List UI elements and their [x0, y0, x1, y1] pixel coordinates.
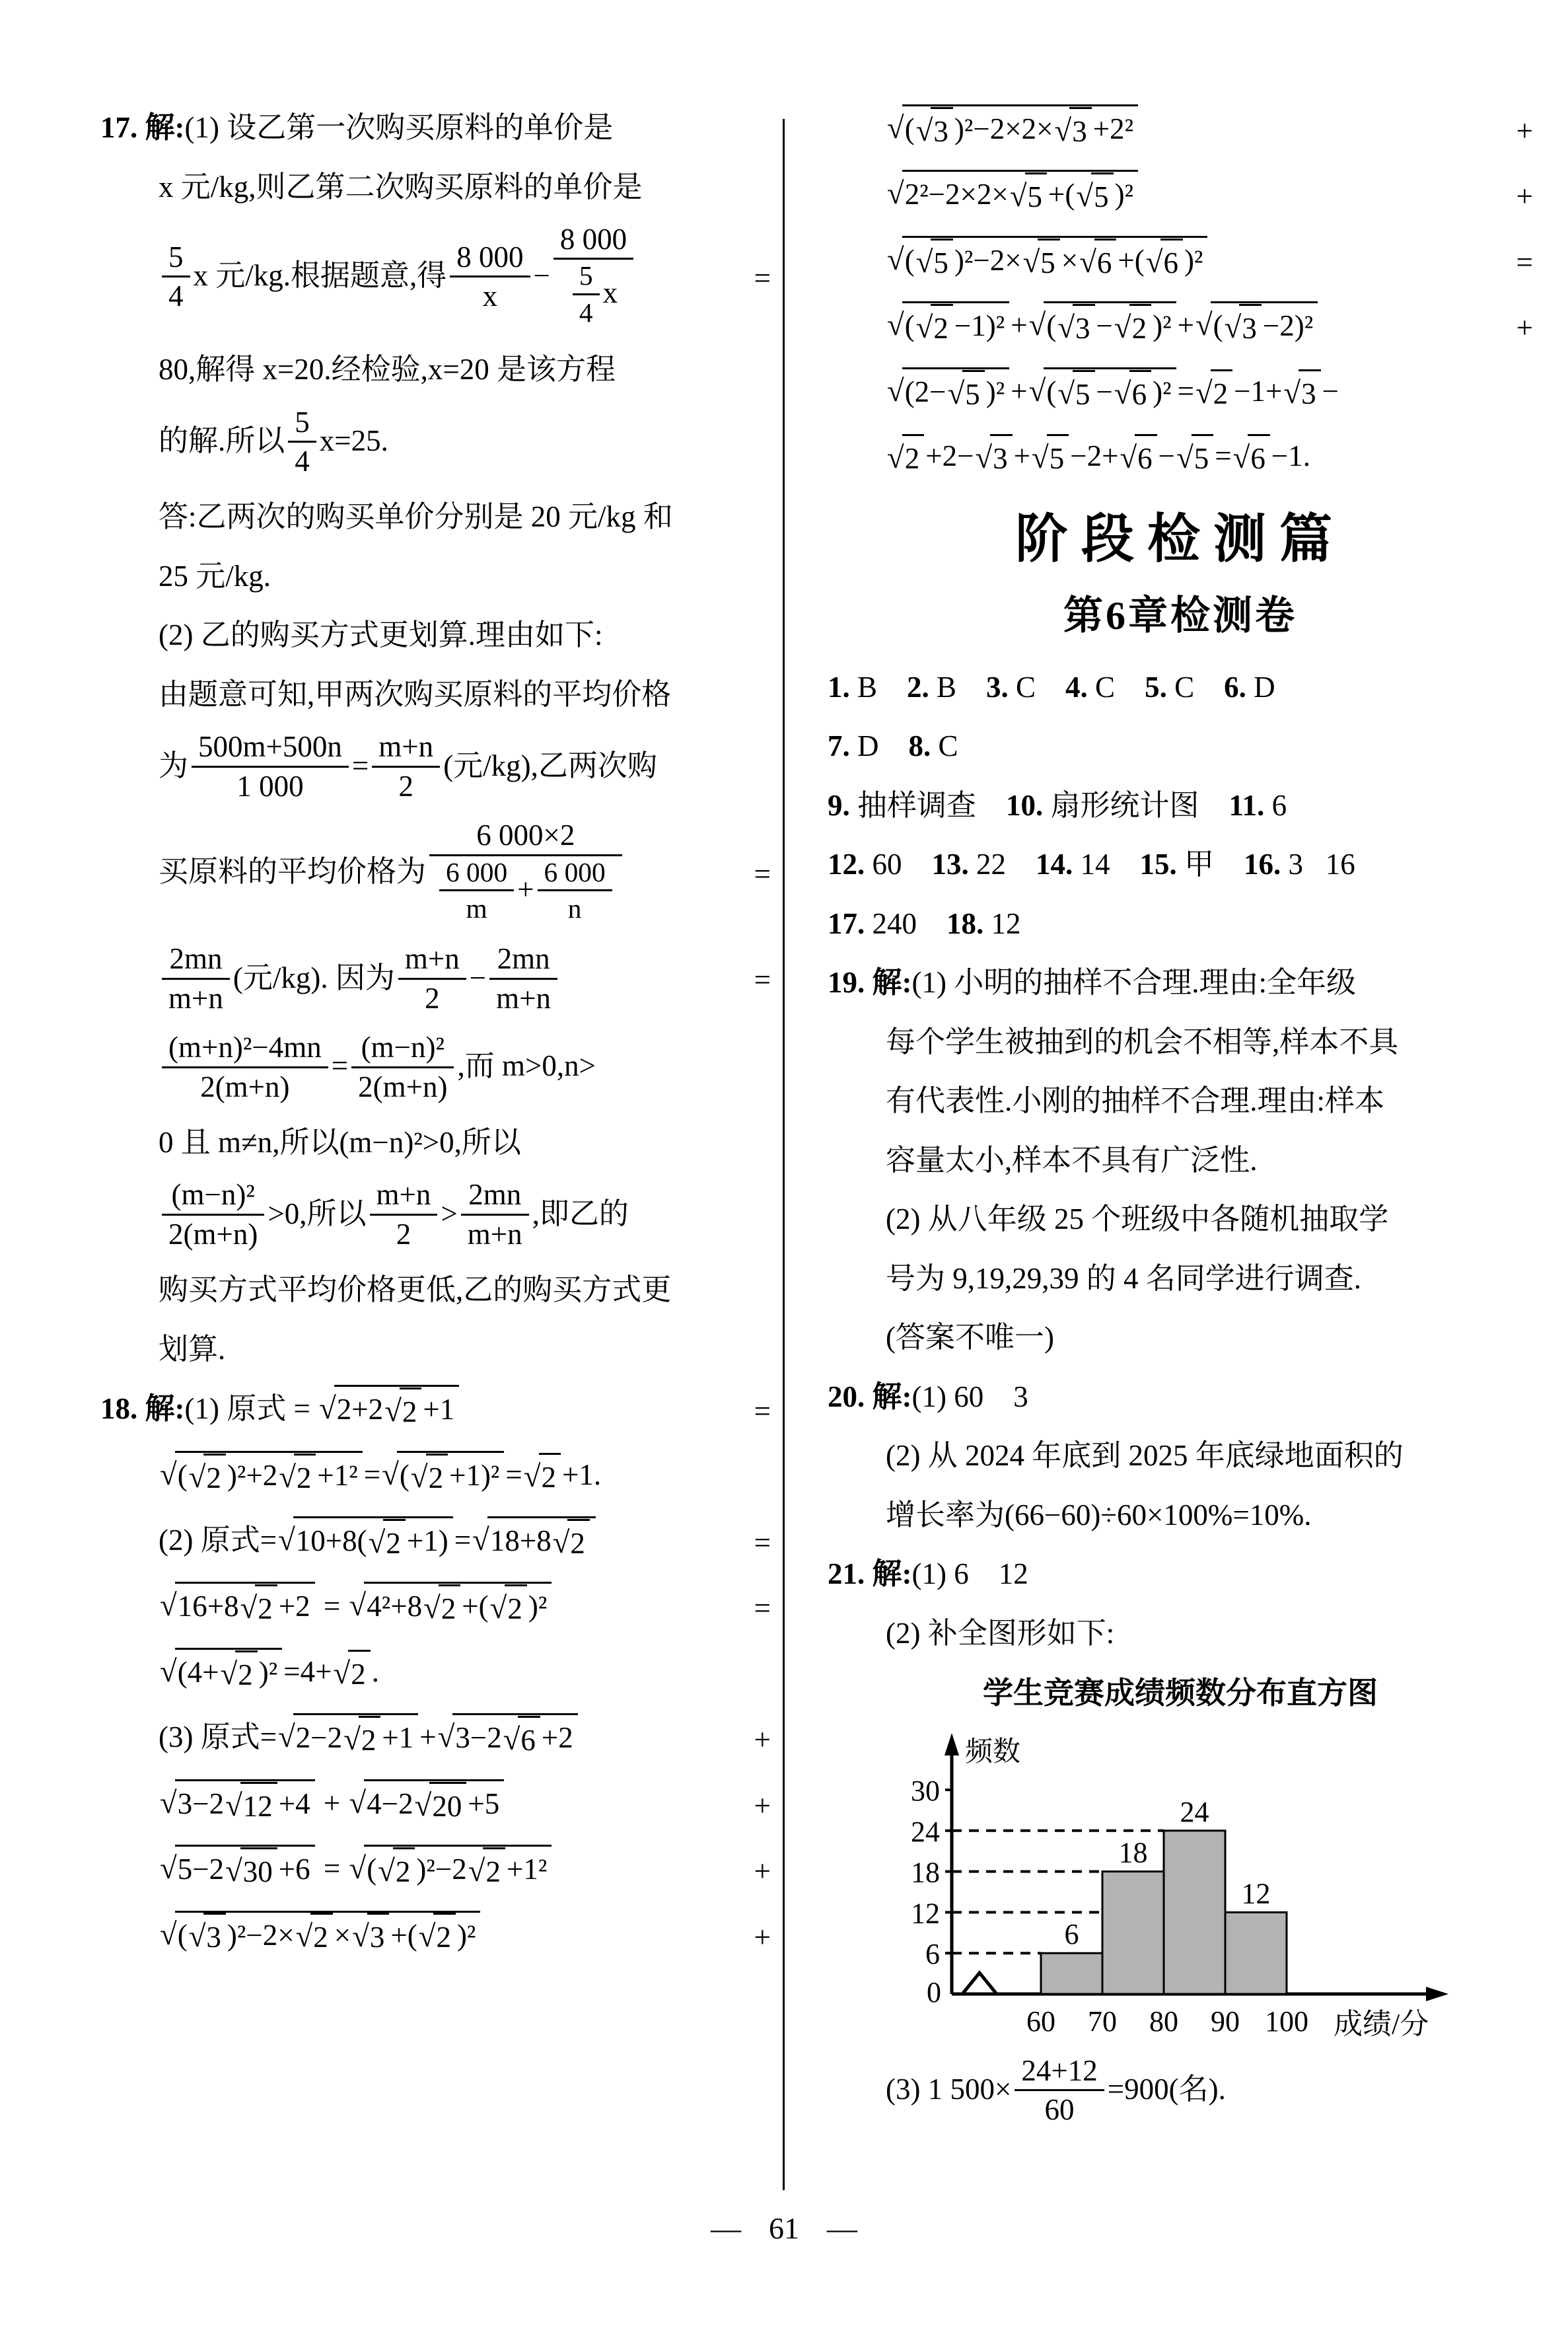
text-run: 14: [1073, 848, 1139, 881]
radical-expression: √3−2√12+4: [160, 1779, 315, 1830]
line-content: √3−2√12+4 + √4−2√20+5: [159, 1781, 505, 1831]
text-run: (3) 原式=√2−2√2+1+√3−2√6+2: [159, 1720, 579, 1753]
radical-sign-icon: √: [1233, 435, 1250, 481]
text-run: 2mnm+n(元/kg). 因为m+n2−2mnm+n: [159, 961, 561, 994]
text-line: (2) 原式=√10+8(√2+1)=√18+8√2=: [159, 1518, 771, 1568]
radical-expression: √3: [189, 1913, 226, 1960]
chart-text: 30: [911, 1775, 940, 1807]
radical-expression: √(√5−√6)²: [1029, 367, 1176, 418]
radical-expression: √3: [1225, 304, 1262, 351]
text-line: 2mnm+n(元/kg). 因为m+n2−2mnm+n=: [159, 943, 771, 1017]
line-content: 25 元/kg.: [159, 560, 271, 593]
text-run: (1) 小明的抽样不合理.理由:全年级: [912, 966, 1356, 999]
line-content: √2²−2×2×√5+(√5)²: [886, 171, 1139, 222]
text-run: (2) 补全图形如下:: [886, 1617, 1114, 1650]
fraction: (m−n)²2(m+n): [162, 1177, 264, 1251]
radical-sign-icon: √: [415, 1783, 432, 1829]
page-footer: — 61 —: [0, 2205, 1568, 2251]
radical-expression: √(√2+1)²: [382, 1451, 504, 1502]
line-end-operator: =: [754, 958, 771, 1003]
text-line: 18. 解:(1) 原式 = √2+2√2+1=: [100, 1386, 771, 1437]
line-content: 0 且 m≠n,所以(m−n)²>0,所以: [159, 1126, 521, 1159]
fraction: 54: [162, 240, 190, 314]
radical-expression: √(√2)²−2√2+1²: [349, 1845, 552, 1896]
text-run: √(√5)²−2×√5×√6+(√6)²: [886, 243, 1209, 276]
line-content: (2) 补全图形如下:: [886, 1617, 1114, 1650]
text-line: 买原料的平均价格为6 000×26 000m+6 000n=: [159, 820, 771, 929]
line-content: 80,解得 x=20.经检验,x=20 是该方程: [159, 353, 616, 386]
chart-text: 频数: [965, 1737, 1020, 1767]
radical-expression: √5: [1176, 434, 1213, 482]
line-content: 每个学生被抽到的机会不相等,样本不具: [886, 1025, 1398, 1058]
radical-sign-icon: √: [1032, 435, 1049, 481]
right-column: √(√3)²−2×2×√3+2²+√2²−2×2×√5+(√5)²+√(√5)²…: [828, 106, 1533, 2144]
chart-text: 60: [1026, 2005, 1055, 2038]
text-run: √2+2−√3+√5−2+√6−√5=√6−1.: [886, 439, 1310, 472]
text-line: 25 元/kg.: [159, 554, 771, 599]
text-run: 0 且 m≠n,所以(m−n)²>0,所以: [159, 1126, 521, 1159]
radical-expression: √(√3)²−2×√2×√3+(√2)²: [160, 1911, 480, 1962]
radical-sign-icon: √: [887, 105, 904, 151]
radical-expression: √12: [225, 1782, 277, 1829]
radical-sign-icon: √: [503, 1716, 520, 1763]
bold-label: 16.: [1244, 848, 1281, 881]
line-content: 2mnm+n(元/kg). 因为m+n2−2mnm+n: [159, 943, 561, 1017]
chart-text: 24: [911, 1816, 940, 1848]
line-content: 划算.: [159, 1333, 225, 1366]
radical-expression: √5−2√30+6: [160, 1845, 315, 1896]
line-content: 的解.所以54x=25.: [159, 424, 388, 457]
line-end-operator: =: [1516, 240, 1533, 285]
fraction: m+n2: [398, 941, 466, 1015]
chart-text: 90: [1211, 2005, 1240, 2038]
radical-sign-icon: √: [472, 1517, 489, 1563]
page-number: 61: [769, 2205, 799, 2251]
text-line: √3−2√12+4 + √4−2√20+5+: [159, 1781, 771, 1831]
radical-sign-icon: √: [369, 1520, 386, 1566]
radical-expression: √(2−√5)²: [887, 367, 1009, 418]
radical-sign-icon: √: [334, 1650, 351, 1697]
radical-sign-icon: √: [160, 1582, 177, 1629]
line-content: √(√3)²−2×√2×√3+(√2)²: [159, 1912, 481, 1963]
line-content: √(√2)²+2√2+1²=√(√2+1)²=√2+1.: [159, 1458, 601, 1491]
text-line: √5−2√30+6 = √(√2)²−2√2+1²+: [159, 1846, 771, 1897]
radical-expression: √2: [1114, 304, 1151, 351]
radical-expression: √(√3−2)²: [1195, 301, 1318, 352]
radical-expression: √5: [1023, 239, 1060, 286]
text-run: 划算.: [159, 1333, 225, 1366]
line-content: √(√5)²−2×√5×√6+(√6)²: [886, 237, 1209, 288]
radical-expression: √5: [1057, 370, 1094, 418]
line-content: 答:乙两次的购买单价分别是 20 元/kg 和: [159, 500, 673, 533]
text-line: 容量太小,样本不具有广泛性.: [886, 1138, 1533, 1183]
text-run: x 元/kg,则乙第二次购买原料的单价是: [159, 170, 643, 203]
text-run: 买原料的平均价格为6 000×26 000m+6 000n: [159, 855, 625, 888]
bold-label: 9.: [828, 789, 850, 822]
radical-sign-icon: √: [1023, 239, 1040, 285]
fraction: 2mnm+n: [461, 1177, 529, 1251]
bold-label: 18. 解:: [100, 1392, 185, 1425]
bar-90-100: [1225, 1912, 1287, 1994]
radical-sign-icon: √: [916, 239, 933, 285]
text-run: (2) 乙的购买方式更划算.理由如下:: [159, 618, 602, 651]
radical-sign-icon: √: [189, 1913, 206, 1960]
line-content: (m−n)²2(m+n)>0,所以m+n2>2mnm+n,即乙的: [159, 1197, 629, 1230]
text-line: 1. B 2. B 3. C 4. C 5. C 6. D: [828, 665, 1533, 710]
line-content: √5−2√30+6 = √(√2)²−2√2+1²: [159, 1846, 553, 1897]
radical-expression: √(√2−1)²: [887, 301, 1009, 352]
text-line: √(√3)²−2×2×√3+2²+: [886, 106, 1533, 157]
fraction: 8 000x: [450, 240, 530, 314]
text-run: 6: [1264, 789, 1287, 822]
x-axis-arrow-icon: [1426, 1987, 1448, 2001]
line-content: 购买方式平均价格更低,乙的购买方式更: [159, 1273, 671, 1306]
text-run: (1) 原式 = √2+2√2+1: [185, 1392, 461, 1425]
text-line: 17. 240 18. 12: [828, 902, 1533, 947]
text-run: D: [850, 729, 909, 762]
text-line: √(4+√2)²=4+√2.: [159, 1649, 771, 1700]
text-line: (2) 乙的购买方式更划算.理由如下:: [159, 613, 771, 658]
line-content: √16+8√2+2 = √4²+8√2+(√2)²: [159, 1583, 553, 1634]
line-content: (2) 乙的购买方式更划算.理由如下:: [159, 618, 602, 651]
histogram-figure: 频数3024181260618241260708090100成绩/分: [828, 1720, 1533, 2050]
fraction: 2mnm+n: [489, 941, 557, 1015]
radical-sign-icon: √: [343, 1716, 361, 1763]
radical-sign-icon: √: [384, 1388, 402, 1434]
radical-sign-icon: √: [278, 1714, 295, 1760]
line-content: 21. 解:(1) 6 12: [828, 1557, 1028, 1590]
radical-expression: √6: [1079, 239, 1116, 286]
radical-sign-icon: √: [160, 1452, 177, 1498]
line-end-operator: +: [754, 1915, 771, 1960]
text-line: 17. 解:(1) 设乙第一次购买原料的单价是: [100, 106, 771, 151]
chart-text: 6: [925, 1938, 940, 1970]
radical-expression: √16+8√2+2: [160, 1582, 315, 1633]
bold-label: 10.: [1006, 789, 1043, 822]
line-content: √(2−√5)²+√(√5−√6)²=√2−1+√3−: [886, 375, 1339, 408]
bold-label: 5.: [1145, 671, 1167, 704]
radical-sign-icon: √: [916, 108, 933, 154]
bold-label: 14.: [1036, 848, 1073, 881]
chart-text: 18: [911, 1857, 940, 1889]
radical-sign-icon: √: [438, 1714, 455, 1760]
bold-label: 19. 解:: [828, 966, 912, 999]
text-line: (2) 从 2024 年底到 2025 年底绿地面积的: [886, 1434, 1533, 1479]
radical-expression: √2: [553, 1519, 590, 1567]
radical-expression: √2: [221, 1650, 258, 1698]
text-run: 甲: [1177, 848, 1244, 881]
bold-label: 2.: [907, 671, 929, 704]
radical-expression: √6: [503, 1716, 540, 1763]
radical-sign-icon: √: [1146, 239, 1163, 285]
line-content: √(4+√2)²=4+√2.: [159, 1655, 379, 1688]
radical-expression: √2+2√2+1: [319, 1385, 459, 1436]
line-content: 1. B 2. B 3. C 4. C 5. C 6. D: [828, 671, 1275, 704]
line-content: 12. 60 13. 22 14. 14 15. 甲 16. 3 16: [828, 848, 1355, 881]
radical-expression: √2: [411, 1454, 448, 1501]
line-content: 容量太小,样本不具有广泛性.: [886, 1144, 1258, 1177]
line-content: 9. 抽样调查 10. 扇形统计图 11. 6: [828, 789, 1287, 822]
line-content: (3) 原式=√2−2√2+1+√3−2√6+2: [159, 1715, 579, 1765]
line-content: 17. 240 18. 12: [828, 907, 1021, 940]
fraction: m+n2: [372, 729, 440, 803]
radical-expression: √2²−2×2×√5+(√5)²: [887, 170, 1138, 221]
line-content: 买原料的平均价格为6 000×26 000m+6 000n: [159, 820, 625, 929]
fraction: 24+1260: [1015, 2053, 1104, 2127]
radical-expression: √5: [916, 239, 953, 286]
text-run: C: [1167, 671, 1224, 704]
radical-expression: √3−2√6+2: [438, 1713, 578, 1764]
line-content: 18. 解:(1) 原式 = √2+2√2+1: [100, 1386, 460, 1437]
text-run: 抽样调查: [850, 789, 1006, 822]
text-line: x 元/kg,则乙第二次购买原料的单价是: [159, 165, 771, 210]
line-content: 7. D 8. C: [828, 729, 958, 762]
radical-sign-icon: √: [1010, 173, 1027, 219]
text-run: D: [1246, 671, 1275, 704]
text-line: 购买方式平均价格更低,乙的购买方式更: [159, 1268, 771, 1313]
radical-sign-icon: √: [160, 1648, 177, 1695]
radical-sign-icon: √: [468, 1848, 485, 1894]
line-content: 20. 解:(1) 60 3: [828, 1380, 1028, 1413]
radical-sign-icon: √: [278, 1517, 295, 1563]
text-run: √(2−√5)²+√(√5−√6)²=√2−1+√3−: [886, 375, 1339, 408]
line-content: (2) 原式=√10+8(√2+1)=√18+8√2: [159, 1518, 597, 1568]
line-content: √(√2−1)²+√(√3−√2)²+√(√3−2)²: [886, 303, 1319, 353]
chart-text: 12: [911, 1897, 940, 1929]
radical-expression: √5: [948, 370, 985, 418]
line-end-operator: +: [754, 1784, 771, 1829]
bold-label: 12.: [828, 848, 865, 881]
text-line: (2) 补全图形如下:: [886, 1611, 1533, 1656]
text-run: √(√2−1)²+√(√3−√2)²+√(√3−2)²: [886, 309, 1319, 342]
text-line: 划算.: [159, 1327, 771, 1372]
histogram-chart: 频数3024181260618241260708090100成绩/分: [906, 1720, 1487, 2050]
radical-sign-icon: √: [887, 302, 904, 348]
radical-expression: √(√3)²−2×2×√3+2²: [887, 104, 1138, 155]
line-content: (2) 从 2024 年底到 2025 年底绿地面积的: [886, 1439, 1404, 1472]
radical-expression: √2: [189, 1454, 226, 1501]
text-line: √2²−2×2×√5+(√5)²+: [886, 171, 1533, 222]
line-end-operator: =: [754, 852, 771, 897]
text-run: C: [931, 729, 958, 762]
text-run: 54x 元/kg.根据题意,得8 000x−8 00054x: [159, 259, 637, 292]
text-run: √2²−2×2×√5+(√5)²: [886, 177, 1139, 210]
line-end-operator: =: [754, 1521, 771, 1566]
radical-expression: √2: [343, 1716, 380, 1763]
radical-sign-icon: √: [225, 1848, 242, 1894]
column-divider-rule: [783, 119, 785, 2190]
radical-expression: √6: [1233, 434, 1270, 482]
bold-label: 1.: [828, 671, 850, 704]
radical-sign-icon: √: [916, 305, 933, 351]
text-line: (3) 原式=√2−2√2+1+√3−2√6+2+: [159, 1715, 771, 1765]
radical-sign-icon: √: [423, 1585, 441, 1631]
line-content: (3) 1 500×24+1260=900(名).: [886, 2073, 1226, 2106]
bold-label: 21. 解:: [828, 1557, 912, 1590]
text-run: 由题意可知,甲两次购买原料的平均价格: [159, 678, 671, 711]
text-line: √16+8√2+2 = √4²+8√2+(√2)²=: [159, 1583, 771, 1634]
radical-expression: √(4+√2)²: [160, 1648, 282, 1699]
chart-text: 0: [927, 1976, 941, 2009]
text-run: √16+8√2+2 = √4²+8√2+(√2)²: [159, 1590, 553, 1623]
radical-sign-icon: √: [1079, 239, 1096, 285]
line-content: (答案不唯一): [886, 1321, 1054, 1354]
radical-expression: √5: [1032, 434, 1069, 482]
left-column: 17. 解:(1) 设乙第一次购买原料的单价是x 元/kg,则乙第二次购买原料的…: [100, 106, 771, 1977]
chart-text: 100: [1265, 2005, 1308, 2038]
radical-expression: √2: [419, 1913, 456, 1960]
line-content: x 元/kg,则乙第二次购买原料的单价是: [159, 170, 643, 203]
radical-expression: √3: [1283, 369, 1320, 417]
text-line: 7. D 8. C: [828, 724, 1533, 769]
radical-sign-icon: √: [1055, 108, 1072, 154]
radical-sign-icon: √: [1114, 371, 1131, 417]
text-line: √2+2−√3+√5−2+√6−√5=√6−1.: [886, 434, 1533, 482]
section-header: 阶段检测篇: [828, 500, 1533, 579]
radical-sign-icon: √: [378, 1848, 395, 1894]
chart-text: 6: [1065, 1918, 1079, 1950]
fraction: 54: [288, 405, 316, 479]
line-end-operator: +: [1516, 306, 1533, 351]
fraction: (m−n)²2(m+n): [351, 1030, 454, 1104]
radical-sign-icon: √: [349, 1780, 367, 1826]
text-line: 号为 9,19,29,39 的 4 名同学进行调查.: [886, 1257, 1533, 1302]
radical-expression: √2: [490, 1584, 527, 1632]
radical-sign-icon: √: [1114, 305, 1131, 351]
text-run: 有代表性.小刚的抽样不合理.理由:样本: [886, 1084, 1384, 1117]
footer-right-dash: —: [827, 2205, 857, 2251]
axis-break-icon: [962, 1973, 997, 1994]
chart-text: 12: [1242, 1877, 1271, 1909]
line-content: 由题意可知,甲两次购买原料的平均价格: [159, 678, 671, 711]
line-end-operator: +: [754, 1849, 771, 1894]
radical-sign-icon: √: [349, 1582, 367, 1629]
text-run: 扇形统计图: [1043, 789, 1229, 822]
radical-sign-icon: √: [1283, 370, 1301, 416]
radical-sign-icon: √: [352, 1913, 369, 1960]
radical-sign-icon: √: [160, 1780, 177, 1826]
radical-sign-icon: √: [240, 1585, 258, 1631]
text-line: 答:乙两次的购买单价分别是 20 元/kg 和: [159, 495, 771, 540]
radical-sign-icon: √: [1120, 435, 1137, 481]
radical-sign-icon: √: [553, 1520, 570, 1566]
line-end-operator: =: [754, 1586, 771, 1631]
text-run: 240: [865, 907, 946, 940]
radical-expression: √6: [1114, 370, 1151, 418]
text-run: 容量太小,样本不具有广泛性.: [886, 1144, 1258, 1177]
fraction: m+n2: [370, 1177, 438, 1251]
line-content: 19. 解:(1) 小明的抽样不合理.理由:全年级: [828, 966, 1356, 999]
text-line: (m+n)²−4mn2(m+n)=(m−n)²2(m+n),而 m>0,n>: [159, 1032, 771, 1106]
text-line: 由题意可知,甲两次购买原料的平均价格: [159, 673, 771, 718]
radical-sign-icon: √: [948, 371, 965, 417]
radical-sign-icon: √: [1057, 305, 1075, 351]
radical-expression: √2−2√2+1: [278, 1713, 418, 1764]
text-line: 19. 解:(1) 小明的抽样不合理.理由:全年级: [828, 961, 1533, 1006]
bold-label: 4.: [1065, 671, 1088, 704]
radical-sign-icon: √: [1076, 173, 1093, 219]
radical-sign-icon: √: [887, 237, 904, 283]
text-line: √(√3)²−2×√2×√3+(√2)²+: [159, 1912, 771, 1963]
radical-expression: √4²+8√2+(√2)²: [349, 1582, 552, 1633]
line-content: (m+n)²−4mn2(m+n)=(m−n)²2(m+n),而 m>0,n>: [159, 1049, 596, 1082]
radical-expression: √2: [524, 1453, 561, 1500]
radical-expression: √(√3−√2)²: [1029, 301, 1176, 352]
chart-text: 70: [1088, 2005, 1117, 2038]
text-line: (3) 1 500×24+1260=900(名).: [886, 2055, 1533, 2129]
footer-left-dash: —: [711, 2205, 741, 2251]
radical-expression: √4−2√20+5: [349, 1779, 505, 1830]
fraction: 6 000m: [439, 856, 514, 925]
line-content: 增长率为(66−60)÷60×100%=10%.: [886, 1498, 1312, 1532]
radical-expression: √6: [1146, 239, 1183, 286]
chapter-header: 第6章检测卷: [828, 586, 1533, 646]
text-run: 购买方式平均价格更低,乙的购买方式更: [159, 1273, 671, 1306]
text-run: 25 元/kg.: [159, 560, 271, 593]
radical-sign-icon: √: [411, 1454, 428, 1500]
text-line: √(√2)²+2√2+1²=√(√2+1)²=√2+1.: [159, 1452, 771, 1503]
radical-sign-icon: √: [524, 1454, 541, 1500]
radical-sign-icon: √: [887, 435, 904, 481]
radical-expression: √3: [1057, 304, 1094, 351]
bold-label: 7.: [828, 729, 850, 762]
bold-label: 11.: [1229, 789, 1265, 822]
text-run: √5−2√30+6 = √(√2)²−2√2+1²: [159, 1852, 553, 1885]
text-run: (答案不唯一): [886, 1321, 1054, 1354]
bold-label: 20. 解:: [828, 1380, 912, 1413]
text-run: (m+n)²−4mn2(m+n)=(m−n)²2(m+n),而 m>0,n>: [159, 1049, 596, 1082]
radical-sign-icon: √: [1195, 302, 1213, 348]
line-end-operator: +: [1516, 174, 1533, 219]
text-line: (m−n)²2(m+n)>0,所以m+n2>2mnm+n,即乙的: [159, 1179, 771, 1253]
line-content: 54x 元/kg.根据题意,得8 000x−8 00054x: [159, 224, 637, 333]
radical-expression: √2: [279, 1454, 316, 1501]
radical-sign-icon: √: [1057, 371, 1075, 417]
text-line: √(√5)²−2×√5×√6+(√6)²=: [886, 237, 1533, 288]
text-run: √(4+√2)²=4+√2.: [159, 1655, 379, 1688]
line-end-operator: +: [1516, 109, 1533, 154]
text-run: C: [1009, 671, 1065, 704]
text-run: (1) 设乙第一次购买原料的单价是: [185, 111, 614, 144]
radical-sign-icon: √: [319, 1385, 336, 1432]
text-run: 每个学生被抽到的机会不相等,样本不具: [886, 1025, 1398, 1058]
text-line: (答案不唯一): [886, 1315, 1533, 1360]
text-line: 20. 解:(1) 60 3: [828, 1375, 1533, 1420]
radical-sign-icon: √: [1225, 305, 1242, 351]
bold-label: 3.: [986, 671, 1009, 704]
radical-expression: √2: [334, 1650, 371, 1697]
radical-expression: √3: [352, 1913, 389, 1960]
radical-expression: √3: [916, 107, 953, 155]
chart-text: 24: [1180, 1796, 1209, 1828]
radical-sign-icon: √: [887, 170, 904, 217]
line-content: √2+2−√3+√5−2+√6−√5=√6−1.: [886, 439, 1310, 472]
text-line: 54x 元/kg.根据题意,得8 000x−8 00054x=: [159, 224, 771, 333]
text-run: 12: [983, 907, 1020, 940]
text-run: 答:乙两次的购买单价分别是 20 元/kg 和: [159, 500, 673, 533]
radical-expression: √2: [423, 1584, 460, 1632]
text-run: 为500m+500n1 000=m+n2(元/kg),乙两次购: [159, 749, 657, 782]
radical-sign-icon: √: [160, 1911, 177, 1958]
text-line: 为500m+500n1 000=m+n2(元/kg),乙两次购: [159, 731, 771, 805]
line-content: 号为 9,19,29,39 的 4 名同学进行调查.: [886, 1262, 1361, 1295]
radical-sign-icon: √: [349, 1845, 367, 1892]
text-run: C: [1088, 671, 1145, 704]
text-line: 增长率为(66−60)÷60×100%=10%.: [886, 1493, 1533, 1538]
chart-title: 学生竞赛成绩频数分布直方图: [828, 1670, 1533, 1716]
line-end-operator: =: [754, 1389, 771, 1434]
fraction: 6 000n: [538, 856, 612, 925]
